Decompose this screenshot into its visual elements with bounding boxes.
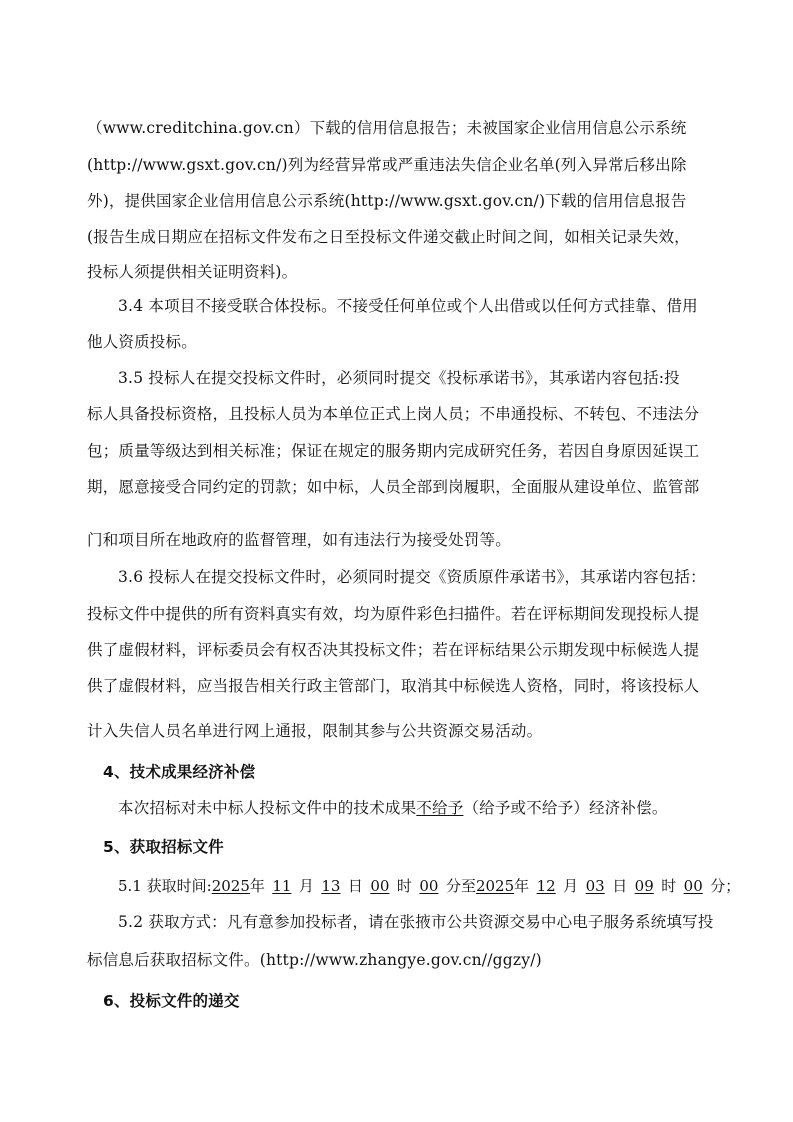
end-hour: 09 [627, 876, 661, 896]
section-4-text: 本次招标对未中标人投标文件中的技术成果不给予（给予或不给予）经济补偿。 [118, 798, 748, 818]
unit-minute: 分 [446, 877, 461, 895]
start-year: 2025 [212, 876, 250, 896]
clause-3-5-line: 标人具备投标资格，且投标人员为本单位正式上岗人员；不串通投标、不转包、不违法分 [87, 404, 717, 424]
terminator: ； [725, 877, 740, 895]
clause-5-2-line: 5.2 获取方式：凡有意参加投标者，请在张掖市公共资源交易中心电子服务系统填写投 [118, 912, 748, 932]
unit-day: 日 [348, 877, 363, 895]
clause-5-2-line: 标信息后获取招标文件。(http://www.zhangye.gov.cn//g… [87, 950, 717, 970]
clause-5-1: 5.1 获取时间:2025年11月13日00时00分至2025年12月03日09… [118, 876, 748, 896]
unit-minute: 分 [710, 877, 725, 895]
paragraph-line: (报告生成日期应在招标文件发布之日至投标文件递交截止时间之间，如相关记录失效， [87, 227, 717, 247]
unit-day: 日 [612, 877, 627, 895]
section-4-text-after: （给予或不给予）经济补偿。 [463, 799, 667, 817]
end-day: 03 [578, 876, 612, 896]
clause-3-5-line: 门和项目所在地政府的监督管理，如有违法行为接受处罚等。 [87, 530, 717, 550]
unit-month: 月 [299, 877, 314, 895]
end-month: 12 [529, 876, 563, 896]
start-hour: 00 [363, 876, 397, 896]
section-6-heading: 6、投标文件的递交 [103, 991, 733, 1011]
unit-year: 年 [514, 877, 529, 895]
unit-year: 年 [250, 877, 265, 895]
clause-3-4-line: 他人资质投标。 [87, 332, 717, 352]
end-year: 2025 [476, 876, 514, 896]
start-month: 11 [265, 876, 299, 896]
range-separator: 至 [461, 877, 476, 895]
clause-3-6-line: 3.6 投标人在提交投标文件时，必须同时提交《资质原件承诺书》，其承诺内容包括： [118, 567, 748, 587]
section-5-heading: 5、获取招标文件 [103, 837, 733, 857]
unit-hour: 时 [397, 877, 412, 895]
clause-3-6-line: 供了虚假材料，应当报告相关行政主管部门，取消其中标候选人资格，同时，将该投标人 [87, 676, 717, 696]
unit-hour: 时 [661, 877, 676, 895]
paragraph-line: 外)，提供国家企业信用信息公示系统(http://www.gsxt.gov.cn… [87, 191, 717, 211]
section-4-text-before: 本次招标对未中标人投标文件中的技术成果 [118, 799, 416, 817]
end-minute: 00 [676, 876, 710, 896]
clause-3-6-line: 计入失信人员名单进行网上通报，限制其参与公共资源交易活动。 [87, 721, 717, 741]
clause-3-6-line: 投标文件中提供的所有资料真实有效，均为原件彩色扫描件。若在评标期间发现投标人提 [87, 604, 717, 624]
clause-3-5-line: 3.5 投标人在提交投标文件时，必须同时提交《投标承诺书》，其承诺内容包括:投 [118, 368, 748, 388]
start-day: 13 [314, 876, 348, 896]
start-minute: 00 [412, 876, 446, 896]
paragraph-line: （www.creditchina.gov.cn）下载的信用信息报告；未被国家企业… [87, 118, 717, 138]
clause-5-1-label: 5.1 获取时间: [118, 877, 212, 895]
compensation-value: 不给予 [416, 799, 463, 817]
clause-3-4-line: 3.4 本项目不接受联合体投标。不接受任何单位或个人出借或以任何方式挂靠、借用 [118, 296, 748, 316]
paragraph-line: 投标人须提供相关证明资料)。 [87, 262, 717, 282]
section-4-heading: 4、技术成果经济补偿 [103, 762, 733, 782]
unit-month: 月 [563, 877, 578, 895]
clause-3-5-line: 期，愿意接受合同约定的罚款；如中标，人员全部到岗履职，全面服从建设单位、监管部 [87, 477, 717, 497]
paragraph-line: (http://www.gsxt.gov.cn/)列为经营异常或严重违法失信企业… [87, 155, 717, 175]
clause-3-5-line: 包；质量等级达到相关标准；保证在规定的服务期内完成研究任务，若因自身原因延误工 [87, 441, 717, 461]
clause-3-6-line: 供了虚假材料，评标委员会有权否决其投标文件；若在评标结果公示期发现中标候选人提 [87, 640, 717, 660]
